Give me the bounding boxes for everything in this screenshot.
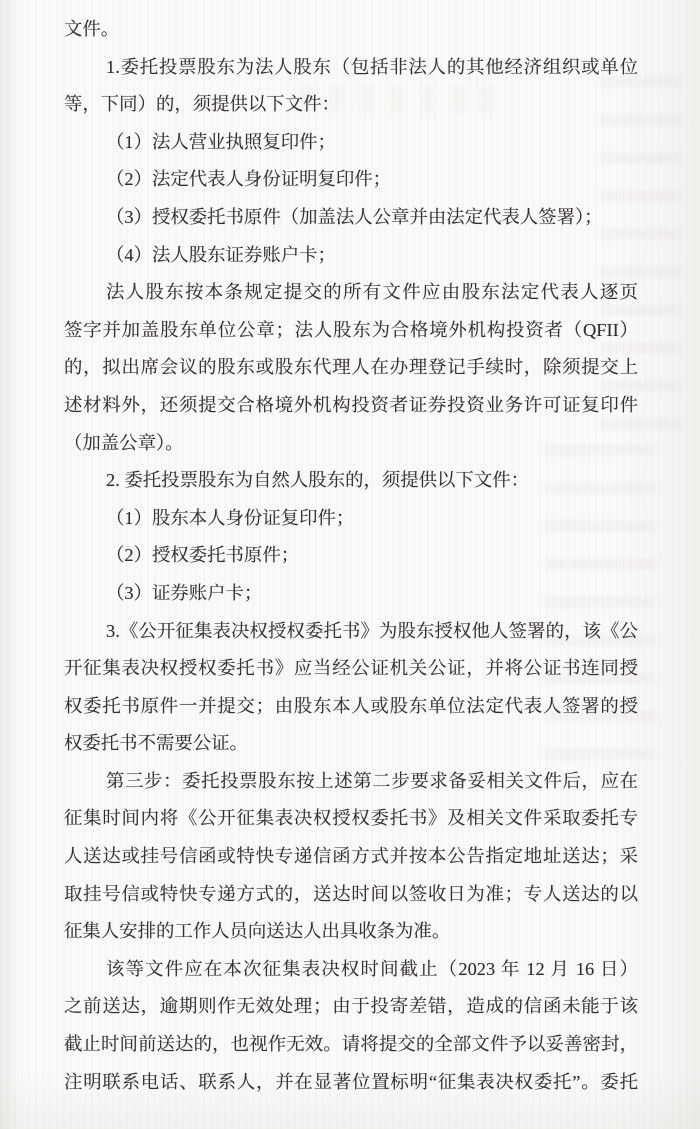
text-line: 注明联系电话、联系人，并在显著位置标明“征集表决权委托”。委托 [64,1064,638,1102]
text-line: （4）法人股东证券账户卡； [64,237,638,275]
text-line: 征集时间内将《公开征集表决权授权委托书》及相关文件采取委托专 [64,800,638,838]
text-line: （2）授权委托书原件； [64,537,638,575]
text-line: 该等文件应在本次征集表决权时间截止（2023 年 12 月 16 日） [64,951,638,989]
text-line: 2. 委托投票股东为自然人股东的，须提供以下文件： [64,462,638,500]
text-line: 第三步：委托投票股东按上述第二步要求备妥相关文件后，应在 [64,763,638,801]
text-line: 法人股东按本条规定提交的所有文件应由股东法定代表人逐页 [64,274,638,312]
text-line: （1）股东本人身份证复印件； [64,500,638,538]
text-line: 签字并加盖股东单位公章；法人股东为合格境外机构投资者（QFII） [64,312,638,350]
text-line: 征集人安排的工作人员向送达人出具收条为准。 [64,913,638,951]
text-line: 的，拟出席会议的股东或股东代理人在办理登记手续时，除须提交上 [64,349,638,387]
text-line: 权委托书不需要公证。 [64,725,638,763]
text-line: 截止时间前送达的，也视作无效。请将提交的全部文件予以妥善密封， [64,1026,638,1064]
text-line: 取挂号信或特快专递方式的，送达时间以签收日为准；专人送达的以 [64,876,638,914]
text-line: 之前送达，逾期则作无效处理；由于投寄差错，造成的信函未能于该 [64,988,638,1026]
text-line: （加盖公章）。 [64,425,638,463]
text-line: （1）法人营业执照复印件； [64,124,638,162]
text-line: 1.委托投票股东为法人股东（包括非法人的其他经济组织或单位 [64,49,638,87]
text-line: （3）授权委托书原件（加盖法人公章并由法定代表人签署）； [64,199,638,237]
document-body: 文件。 1.委托投票股东为法人股东（包括非法人的其他经济组织或单位 等，下同）的… [64,11,638,1101]
text-line: （2）法定代表人身份证明复印件； [64,161,638,199]
text-line: 3.《公开征集表决权授权委托书》为股东授权他人签署的，该《公 [64,613,638,651]
text-line: 等，下同）的，须提供以下文件： [64,86,638,124]
text-line: 人送达或挂号信函或特快专递信函方式并按本公告指定地址送达；采 [64,838,638,876]
text-line: 开征集表决权授权委托书》应当经公证机关公证，并将公证书连同授 [64,650,638,688]
text-line: 述材料外，还须提交合格境外机构投资者证券投资业务许可证复印件 [64,387,638,425]
text-line: （3）证券账户卡； [64,575,638,613]
document-page: 文件。 1.委托投票股东为法人股东（包括非法人的其他经济组织或单位 等，下同）的… [0,0,700,1129]
text-line: 权委托书原件一并提交；由股东本人或股东单位法定代表人签署的授 [64,688,638,726]
text-line: 文件。 [64,11,638,49]
